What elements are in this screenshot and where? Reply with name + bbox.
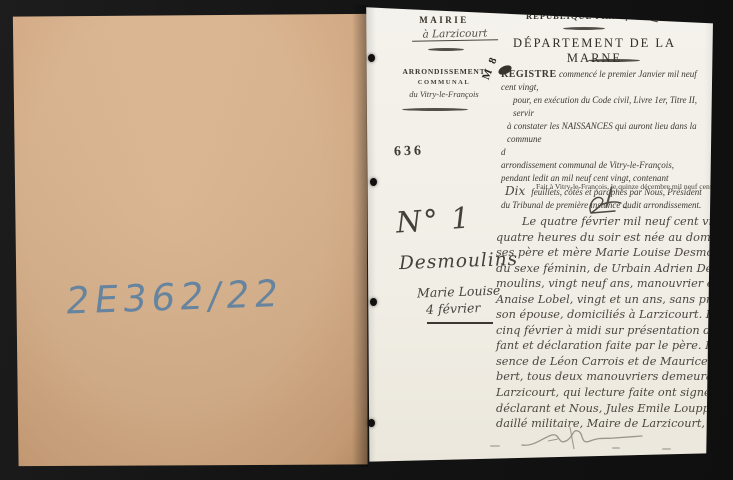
act-body-line: Larzicourt, qui lecture faite ont signé … (496, 385, 712, 401)
ink-smudge (490, 445, 500, 447)
binding-stitch-hole (370, 178, 377, 186)
binding-stitch-hole (368, 419, 375, 427)
register-intro-line: REGISTRE commencé le premier Janvier mil… (501, 68, 707, 94)
flourish-rule (428, 48, 464, 51)
act-date: 4 février (426, 300, 481, 317)
act-body-line: Anaise Lobel, vingt et un ans, sans prof… (496, 292, 712, 308)
registre-word: REGISTRE (501, 69, 557, 80)
ink-smudge (662, 448, 671, 450)
act-body-line: bert, tous deux manouvriers demeurant à (496, 369, 712, 385)
communal-label: COMMUNAL (390, 79, 498, 86)
dateline: Fait à Vitry-le-François, le quinze déce… (536, 182, 712, 191)
act-body-line: fant et déclaration faite par le père. E… (496, 338, 712, 354)
flourish-rule (588, 59, 640, 62)
mayor-signature (514, 425, 664, 455)
act-body-line: son épouse, domiciliés à Larzicourt. Dre… (496, 307, 712, 323)
register-intro-line: à constater les NAISSANCES qui auront li… (501, 120, 707, 146)
arrondissement-commune: du Vitry-le-François (390, 89, 498, 99)
ink-smudge (612, 447, 620, 449)
binding-stitch-hole (368, 54, 375, 62)
register-intro-line: arrondissement communal de Vitry-le-Fran… (501, 159, 707, 172)
paper-texture (10, 13, 368, 468)
act-body: Le quatre février mil neuf cent vingt qu… (496, 214, 712, 432)
act-body-line: ses père et mère Marie Louise Desmoulins (496, 245, 712, 261)
act-given-names: Marie Louise (417, 283, 501, 301)
act-body-line: moulins, vingt neuf ans, manouvrier et d… (496, 276, 712, 292)
republique-heading: RÉPUBLIQUE FRANÇAISE (510, 11, 670, 21)
spine-shadow (352, 5, 368, 467)
binding-stitch-hole (370, 298, 377, 306)
act-body-line: sence de Léon Carrois et de Maurice Hum (496, 354, 712, 370)
flourish-rule (402, 108, 468, 111)
act-body-line: Le quatre février mil neuf cent vingt (496, 214, 712, 230)
act-body-line: quatre heures du soir est née au domicil… (496, 230, 712, 246)
act-body-line: cinq février à midi sur présentation de … (496, 323, 712, 339)
right-register-page: MAIRIE à Larzicourt ARRONDISSEMENT COMMU… (362, 5, 714, 463)
page-corner-annotation: 1 (649, 4, 666, 28)
flourish-rule (563, 27, 605, 30)
handwritten-folio-count: Dix (501, 184, 531, 198)
register-intro-line: pour, en exécution du Code civil, Livre … (501, 94, 707, 120)
act-body-line: déclarant et Nous, Jules Emile Louppart,… (496, 401, 712, 417)
register-intro-line: d (501, 146, 707, 159)
folio-number-stamp: 636 (394, 143, 425, 160)
act-body-line: du sexe féminin, de Urbain Adrien Des (496, 261, 712, 277)
photo-backdrop: 2E362/22 MAIRIE à Larzicourt ARRONDISSEM… (0, 0, 733, 480)
mairie-title: MAIRIE (394, 15, 494, 25)
act-number: N° 1 (395, 200, 473, 239)
mairie-commune-handwritten: à Larzicourt (412, 27, 498, 41)
margin-rule (427, 322, 493, 324)
left-cover-page: 2E362/22 (10, 13, 368, 468)
